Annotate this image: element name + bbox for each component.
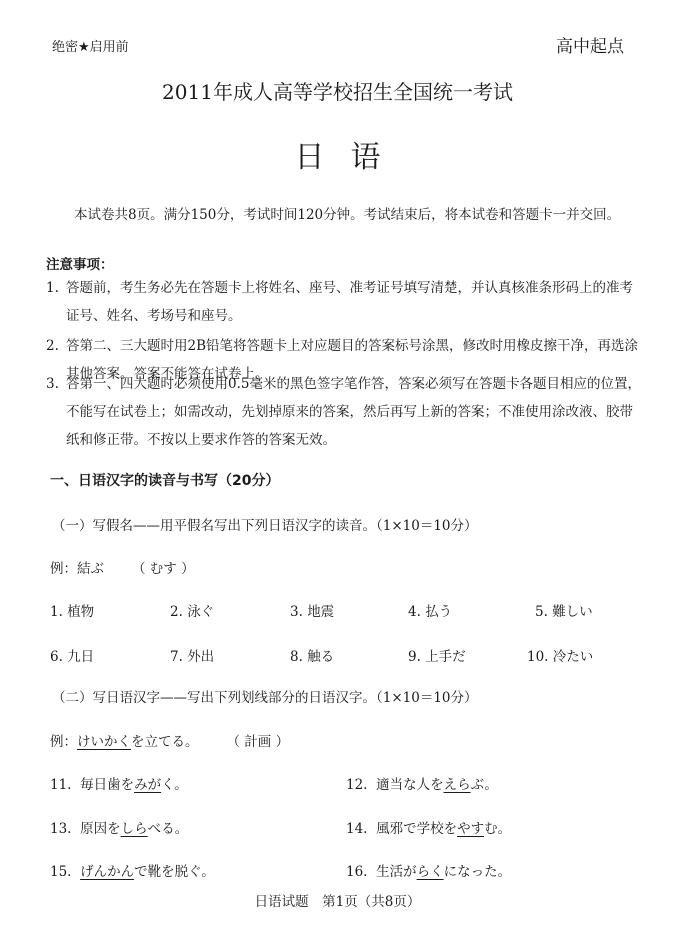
question-number: 8. bbox=[290, 649, 303, 665]
section-title: 一、日语汉字的读音与书写（20分） bbox=[50, 470, 279, 490]
question-suffix: く。 bbox=[161, 777, 188, 793]
part2-instruction: （二）写日语汉字——写出下列划线部分的日语汉字。（1×10＝10分） bbox=[52, 686, 478, 706]
question-text: 外出 bbox=[187, 649, 214, 665]
question-text: 払う bbox=[425, 604, 452, 620]
question-prefix: 原因を bbox=[80, 821, 121, 837]
question-item: 2. 泳ぐ bbox=[170, 600, 214, 620]
question-underlined: えら bbox=[444, 777, 471, 793]
question-item: 5. 難しい bbox=[535, 600, 593, 620]
question-suffix: で靴を脱ぐ。 bbox=[134, 864, 215, 880]
question-text: 植物 bbox=[67, 604, 94, 620]
question-number: 10. bbox=[527, 649, 548, 665]
question-suffix: ぶ。 bbox=[471, 777, 498, 793]
question-item: 10. 冷たい bbox=[527, 645, 593, 665]
question-item: 7. 外出 bbox=[170, 645, 214, 665]
question-number: 11. bbox=[50, 777, 71, 793]
level-label: 高中起点 bbox=[556, 32, 624, 57]
question-number: 3. bbox=[290, 604, 303, 620]
question-prefix: 毎日歯を bbox=[80, 777, 134, 793]
question-underlined: みが bbox=[134, 777, 161, 793]
question-suffix: む。 bbox=[484, 821, 511, 837]
question-number: 12. bbox=[346, 777, 367, 793]
question-underlined: げんかん bbox=[80, 864, 134, 880]
question-number: 1. bbox=[50, 604, 63, 620]
note-item: 3. 答第一、四大题时必须使用0.5毫米的黑色签字笔作答，答案必须写在答题卡各题… bbox=[46, 370, 646, 454]
question-number: 14. bbox=[346, 821, 367, 837]
example-label: 例：結ぶ bbox=[50, 561, 104, 577]
question-number: 16. bbox=[346, 864, 367, 880]
question-prefix: 適当な人を bbox=[376, 777, 444, 793]
question-item: 14. 風邪で学校をやすむ。 bbox=[346, 817, 511, 837]
question-underlined: しら bbox=[121, 821, 148, 837]
example-answer: （ むす ） bbox=[132, 557, 195, 577]
example-underlined: けいかく bbox=[77, 734, 131, 750]
question-underlined: らく bbox=[417, 864, 444, 880]
question-item: 16. 生活がらくになった。 bbox=[346, 860, 511, 880]
question-number: 4. bbox=[408, 604, 421, 620]
intro-paragraph: 本试卷共8页。满分150分，考试时间120分钟。考试结束后，将本试卷和答题卡一并… bbox=[46, 201, 646, 230]
question-number: 5. bbox=[535, 604, 548, 620]
question-item: 6. 九日 bbox=[50, 645, 94, 665]
question-item: 13. 原因をしらべる。 bbox=[50, 817, 188, 837]
question-number: 6. bbox=[50, 649, 63, 665]
question-text: 地震 bbox=[307, 604, 334, 620]
question-item: 12. 適当な人をえらぶ。 bbox=[346, 773, 498, 793]
question-number: 13. bbox=[50, 821, 71, 837]
question-suffix: になった。 bbox=[444, 864, 512, 880]
question-item: 4. 払う bbox=[408, 600, 452, 620]
note-item: 1. 答题前，考生务必先在答题卡上将姓名、座号、准考证号填写清楚，并认真核准条形… bbox=[46, 274, 646, 330]
question-text: 難しい bbox=[552, 604, 593, 620]
question-text: 九日 bbox=[67, 649, 94, 665]
question-item: 15. げんかんで靴を脱ぐ。 bbox=[50, 860, 215, 880]
notes-title: 注意事项： bbox=[46, 253, 114, 273]
note-number: 1. bbox=[46, 274, 66, 330]
question-text: 触る bbox=[307, 649, 334, 665]
question-prefix: 生活が bbox=[376, 864, 417, 880]
question-item: 9. 上手だ bbox=[408, 645, 466, 665]
question-text: 冷たい bbox=[553, 649, 594, 665]
question-number: 15. bbox=[50, 864, 71, 880]
subject-title: 日语 bbox=[0, 132, 675, 176]
question-prefix: 風邪で学校を bbox=[376, 821, 457, 837]
question-text: 泳ぐ bbox=[187, 604, 214, 620]
part2-example: 例：けいかくを立てる。（ 計画 ） bbox=[50, 730, 289, 750]
example-answer: （ 計画 ） bbox=[227, 730, 290, 750]
note-number: 3. bbox=[46, 370, 66, 454]
page-footer: 日语试题 第1页（共8页） bbox=[0, 890, 675, 910]
question-item: 11. 毎日歯をみがく。 bbox=[50, 773, 188, 793]
question-item: 1. 植物 bbox=[50, 600, 94, 620]
question-text: 上手だ bbox=[425, 649, 466, 665]
question-number: 9. bbox=[408, 649, 421, 665]
example-suffix: を立てる。 bbox=[131, 734, 199, 750]
note-text: 答题前，考生务必先在答题卡上将姓名、座号、准考证号填写清楚，并认真核准条形码上的… bbox=[66, 274, 646, 330]
question-suffix: べる。 bbox=[148, 821, 189, 837]
example-prefix: 例： bbox=[50, 734, 77, 750]
exam-title: 2011年成人高等学校招生全国统一考试 bbox=[0, 76, 675, 105]
question-number: 7. bbox=[170, 649, 183, 665]
question-number: 2. bbox=[170, 604, 183, 620]
question-item: 8. 触る bbox=[290, 645, 334, 665]
part1-example: 例：結ぶ（ むす ） bbox=[50, 557, 195, 577]
confidential-label: 绝密★启用前 bbox=[52, 36, 129, 55]
part1-instruction: （一）写假名——用平假名写出下列日语汉字的读音。（1×10＝10分） bbox=[52, 514, 478, 534]
note-text: 答第一、四大题时必须使用0.5毫米的黑色签字笔作答，答案必须写在答题卡各题目相应… bbox=[66, 370, 646, 454]
question-item: 3. 地震 bbox=[290, 600, 334, 620]
question-underlined: やす bbox=[457, 821, 484, 837]
